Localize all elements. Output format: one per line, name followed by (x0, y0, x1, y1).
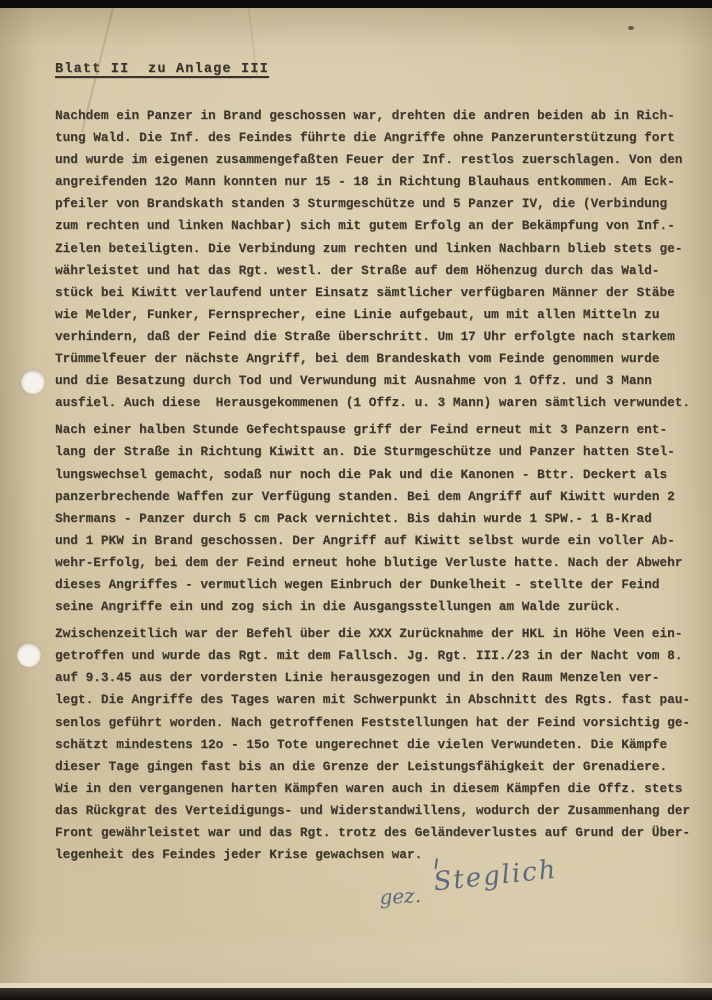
text-line: Zwischenzeitlich war der Befehl über die… (55, 623, 692, 645)
text-line: das Rückgrat des Verteidigungs- und Wide… (55, 800, 692, 822)
text-line: stück bei Kiwitt verlaufend unter Einsat… (55, 282, 692, 304)
document-body: Nachdem ein Panzer in Brand geschossen w… (55, 105, 692, 866)
text-line: verhindern, daß der Feind die Straße übe… (55, 326, 692, 348)
paper-stain-speck (628, 26, 634, 30)
text-line: schätzt mindestens 12o - 15o Tote ungere… (55, 734, 692, 756)
text-line: und 1 PKW in Brand geschossen. Der Angri… (55, 530, 692, 552)
text-line: dieses Angriffes - vermutlich wegen Einb… (55, 574, 692, 596)
paragraph: Nach einer halben Stunde Gefechtspause g… (55, 419, 692, 618)
scan-top-edge (0, 0, 712, 8)
text-line: zum rechten und linken Nachbar) sich mit… (55, 215, 692, 237)
text-line: Shermans - Panzer durch 5 cm Pack vernic… (55, 508, 692, 530)
text-line: auf 9.3.45 aus der vordersten Linie hera… (55, 667, 692, 689)
text-line: angreifenden 12o Mann konnten nur 15 - 1… (55, 171, 692, 193)
text-line: Zielen beteiligten. Die Verbindung zum r… (55, 238, 692, 260)
paragraph: Zwischenzeitlich war der Befehl über die… (55, 623, 692, 866)
signature-prefix: gez. (379, 883, 422, 909)
text-line: Trümmelfeuer der nächste Angriff, bei de… (55, 348, 692, 370)
text-line: Front gewährleistet war und das Rgt. tro… (55, 822, 692, 844)
text-line: Nachdem ein Panzer in Brand geschossen w… (55, 105, 692, 127)
text-line: Wie in den vergangenen harten Kämpfen wa… (55, 778, 692, 800)
punch-hole-top (21, 370, 45, 394)
text-line: wehr-Erfolg, bei dem der Feind erneut ho… (55, 552, 692, 574)
text-line: legenheit des Feindes jeder Krise gewach… (55, 844, 692, 866)
text-line: ausfiel. Auch diese Herausgekommenen (1 … (55, 392, 692, 414)
scan-bottom-edge (0, 988, 712, 1000)
text-line: seine Angriffe ein und zog sich in die A… (55, 596, 692, 618)
text-line: senlos geführt worden. Nach getroffenen … (55, 712, 692, 734)
paper-sheet: Blatt II zu Anlage III Nachdem ein Panze… (0, 8, 712, 988)
document-title: Blatt II zu Anlage III (55, 62, 692, 78)
paragraph: Nachdem ein Panzer in Brand geschossen w… (55, 105, 692, 414)
punch-hole-bottom (17, 643, 41, 667)
text-line: Nach einer halben Stunde Gefechtspause g… (55, 419, 692, 441)
text-line: lungswechsel gemacht, sodaß nur noch die… (55, 464, 692, 486)
scanned-document-page: Blatt II zu Anlage III Nachdem ein Panze… (0, 0, 712, 1000)
text-line: lang der Straße in Richtung Kiwitt an. D… (55, 441, 692, 463)
text-line: pfeiler von Brandskath standen 3 Sturmge… (55, 193, 692, 215)
text-line: und wurde im eigenen zusammengefaßten Fe… (55, 149, 692, 171)
text-line: legt. Die Angriffe des Tages waren mit S… (55, 689, 692, 711)
text-line: wie Melder, Funker, Fernsprecher, eine L… (55, 304, 692, 326)
text-line: panzerbrechende Waffen zur Verfügung sta… (55, 486, 692, 508)
text-line: und die Besatzung durch Tod und Verwundu… (55, 370, 692, 392)
text-line: getroffen und wurde das Rgt. mit dem Fal… (55, 645, 692, 667)
text-line: währleistet und hat das Rgt. westl. der … (55, 260, 692, 282)
text-line: dieser Tage gingen fast bis an die Grenz… (55, 756, 692, 778)
text-line: tung Wald. Die Inf. des Feindes führte d… (55, 127, 692, 149)
